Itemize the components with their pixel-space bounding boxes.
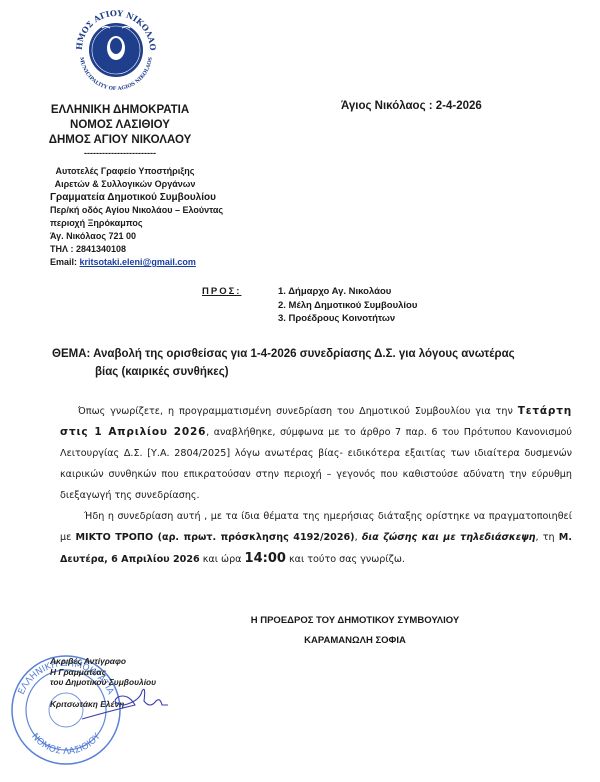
subject: ΘΕΜΑ: Αναβολή της ορισθείσας για 1-4-202… — [52, 345, 562, 381]
recipient-item: 3. Προέδρους Κοινοτήτων — [278, 312, 417, 326]
header-separator: ------------------------ — [40, 148, 200, 159]
subject-line: βίας (καιρικές συνθήκες) — [52, 363, 562, 381]
office-line: Αιρετών & Συλλογικών Οργάνων — [50, 178, 200, 191]
office-line: Γραμματεία Δημοτικού Συμβουλίου — [50, 191, 200, 204]
office-phone: ΤΗΛ : 2841340108 — [50, 243, 223, 256]
email-label: Email: — [50, 257, 80, 267]
copy-line: Η Γραμματέας — [50, 667, 156, 678]
email-link[interactable]: kritsotaki.eleni@gmail.com — [80, 257, 196, 267]
svg-text:ΝΟΜΟΣ ΛΑΣΙΘΙΟΥ: ΝΟΜΟΣ ΛΑΣΙΘΙΟΥ — [29, 731, 103, 757]
office-line: Αυτοτελές Γραφείο Υποστήριξης — [50, 165, 200, 178]
municipality-logo: ΔΗΜΟΣ ΑΓΙΟΥ ΝΙΚΟΛΑΟΥ MUNICIPALITY OF AGI… — [72, 6, 160, 94]
letter-body: Όπως γνωρίζετε, η προγραμματισμένη συνεδ… — [60, 401, 572, 570]
signatory-title: Η ΠΡΟΕΔΡΟΣ ΤΟΥ ΔΗΜΟΤΙΚΟΥ ΣΥΜΒΟΥΛΙΟΥ — [210, 611, 500, 631]
date-line: Άγιος Νικόλαος : 2-4-2026 — [341, 100, 482, 112]
recipients-list: 1. Δήμαρχο Αγ. Νικολάου 2. Μέλη Δημοτικο… — [278, 285, 417, 326]
meeting-time: 14:00 — [245, 551, 286, 566]
issuer-header: ΕΛΛΗΝΙΚΗ ΔΗΜΟΚΡΑΤΙΑ ΝΟΜΟΣ ΛΑΣΙΘΙΟΥ ΔΗΜΟΣ… — [40, 103, 200, 159]
signature-block: Η ΠΡΟΕΔΡΟΣ ΤΟΥ ΔΗΜΟΤΙΚΟΥ ΣΥΜΒΟΥΛΙΟΥ ΚΑΡΑ… — [210, 611, 500, 651]
recipient-item: 1. Δήμαρχο Αγ. Νικολάου — [278, 285, 417, 299]
copy-line: Ακριβές Αντίγραφο — [50, 656, 156, 667]
header-line: ΔΗΜΟΣ ΑΓΙΟΥ ΝΙΚΟΛΑΟΥ — [40, 133, 200, 148]
header-line: ΝΟΜΟΣ ΛΑΣΙΘΙΟΥ — [40, 118, 200, 133]
office-postcode: Άγ. Νικόλαος 721 00 — [50, 230, 223, 243]
recipients-label: ΠΡΟΣ: — [202, 286, 241, 297]
office-area: περιοχή Ξηρόκαμπος — [50, 217, 223, 230]
office-details: Αυτοτελές Γραφείο Υποστήριξης Αιρετών & … — [50, 165, 223, 269]
office-address: Περ/κή οδός Αγίου Νικολάου – Ελούντας — [50, 204, 223, 217]
recipient-item: 2. Μέλη Δημοτικού Συμβουλίου — [278, 299, 417, 313]
paragraph-2: Ήδη η συνεδρίαση αυτή , με τα ίδια θέματ… — [60, 506, 572, 570]
handwritten-signature — [80, 683, 170, 723]
subject-line: ΘΕΜΑ: Αναβολή της ορισθείσας για 1-4-202… — [52, 348, 515, 360]
signatory-name: ΚΑΡΑΜΑΝΩΛΗ ΣΟΦΙΑ — [210, 631, 500, 651]
header-line: ΕΛΛΗΝΙΚΗ ΔΗΜΟΚΡΑΤΙΑ — [40, 103, 200, 118]
office-email-row: Email: kritsotaki.eleni@gmail.com — [50, 256, 223, 269]
paragraph-1: Όπως γνωρίζετε, η προγραμματισμένη συνεδ… — [60, 401, 572, 506]
